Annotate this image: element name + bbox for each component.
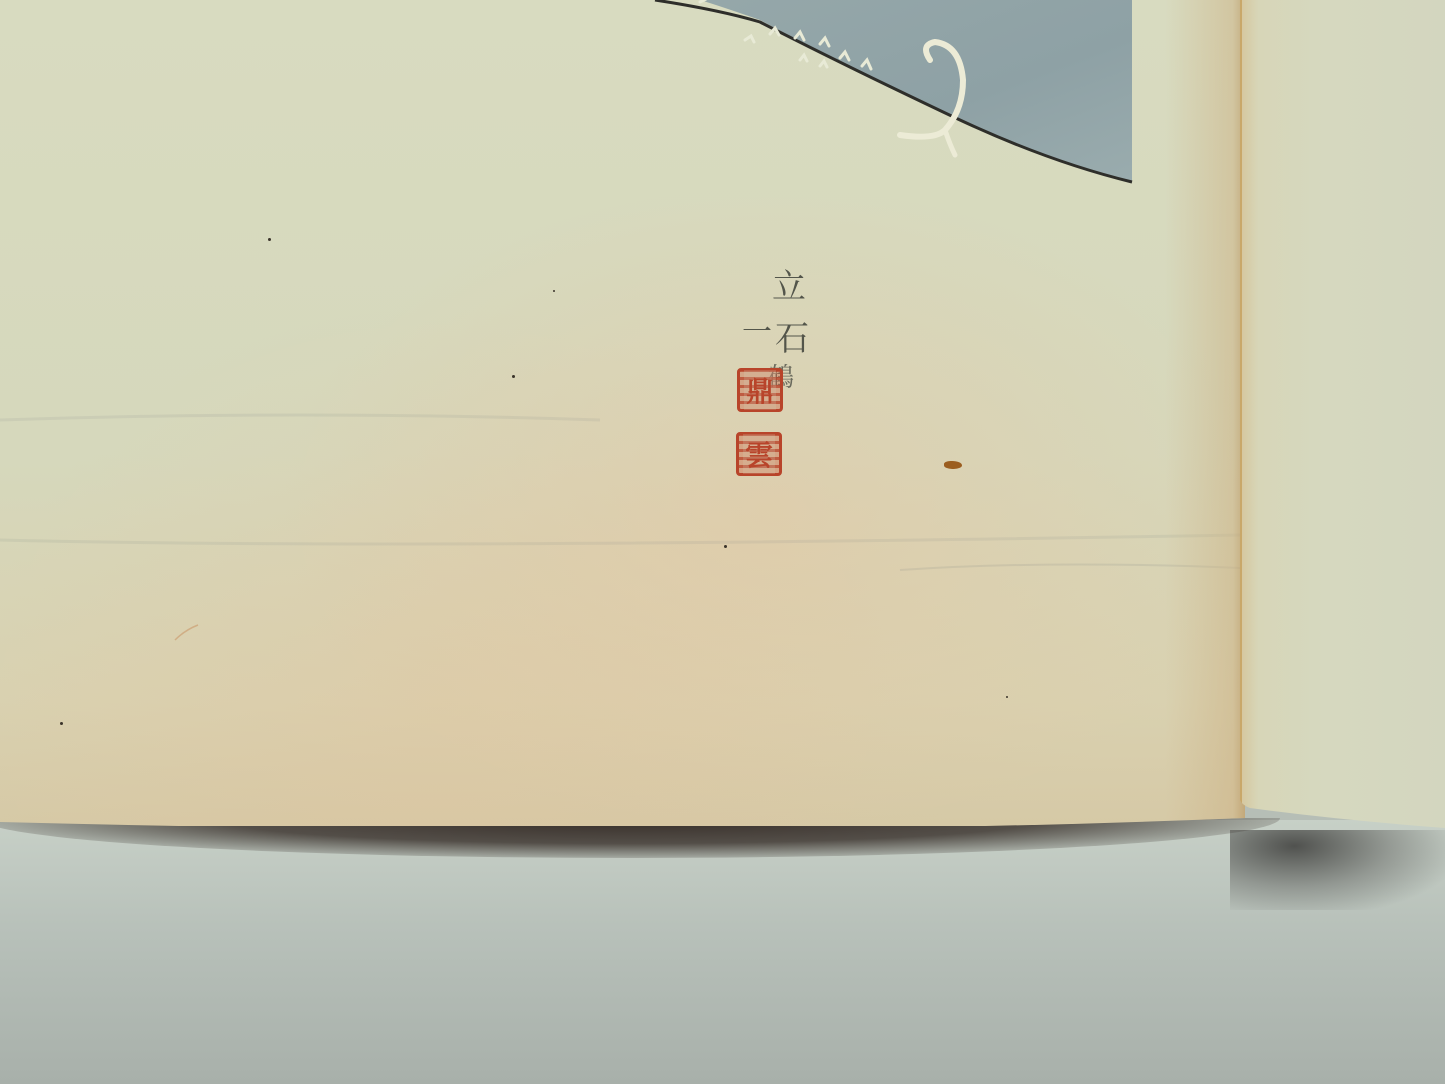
red-seal-lower: 雲 (736, 432, 782, 476)
paper-speck (1006, 696, 1008, 698)
paper-speck (553, 290, 555, 292)
book-page-right (1240, 0, 1445, 828)
rust-stain (944, 461, 962, 469)
paper-speck (268, 238, 271, 241)
signature-char-2: 石 (775, 322, 809, 356)
book-page-left: 立 石 一 鶴 鼎 雲 (0, 0, 1245, 826)
signature-char-1: 立 (772, 270, 806, 304)
paper-speck (512, 375, 515, 378)
signature-char-3: 一 (742, 318, 772, 348)
paper-speck (60, 722, 63, 725)
spine-shading (1165, 0, 1245, 826)
red-seal-upper: 鼎 (737, 368, 783, 412)
right-page-shadow (1230, 830, 1445, 910)
paper-speck (724, 545, 727, 548)
photo-scene: 立 石 一 鶴 鼎 雲 (0, 0, 1445, 1084)
faint-pencil-lines (0, 0, 1245, 826)
table-surface (0, 820, 1445, 1084)
